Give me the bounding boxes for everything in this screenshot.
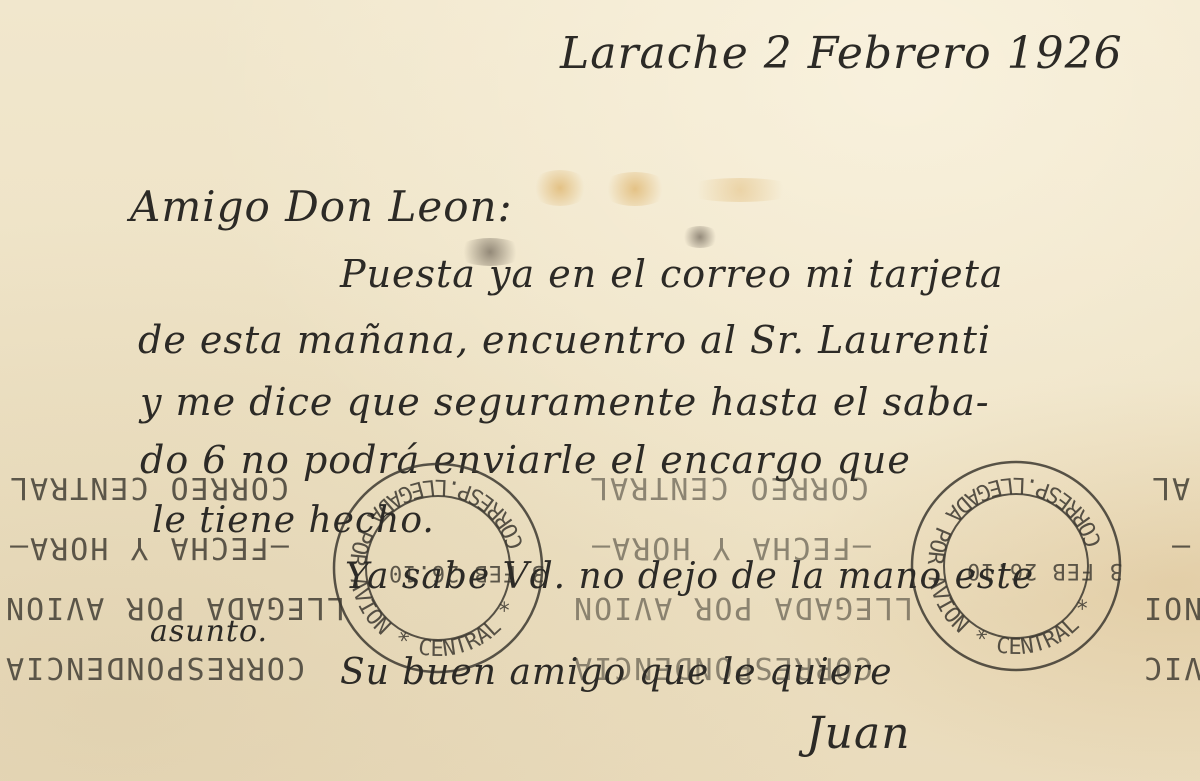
postmark-edge-1: AL <box>1150 470 1190 505</box>
signature: Juan <box>806 708 911 759</box>
postcard: Larache 2 Febrero 1926 Amigo Don Leon: P… <box>0 0 1200 781</box>
postmark-edge-4: VIC <box>1142 650 1200 685</box>
body-line-8: Su buen amigo que le quiere <box>340 652 893 693</box>
postmark-line-correo-central: CORREO CENTRAL <box>588 470 869 505</box>
body-line-7: asunto. <box>150 614 268 649</box>
stain <box>600 172 670 206</box>
ink-specks <box>680 226 720 248</box>
postmark-line-correspondencia: CORRESPONDENCIA <box>4 650 305 685</box>
body-line-6: Ya sabe Vd. no dejo de la mano este <box>345 556 1034 597</box>
place-date: Larache 2 Febrero 1926 <box>560 28 1123 79</box>
body-line-5: le tiene hecho. <box>152 500 435 541</box>
stain <box>530 170 590 206</box>
body-line-2: de esta mañana, encuentro al Sr. Laurent… <box>138 318 991 362</box>
postmark-edge-2: — <box>1170 530 1190 565</box>
salutation: Amigo Don Leon: <box>130 182 513 231</box>
stain <box>680 178 800 202</box>
body-line-3: y me dice que seguramente hasta el saba- <box>140 380 990 424</box>
body-line-1: Puesta ya en el correo mi tarjeta <box>340 252 1004 296</box>
postmark-edge-3: NOI <box>1142 590 1200 625</box>
